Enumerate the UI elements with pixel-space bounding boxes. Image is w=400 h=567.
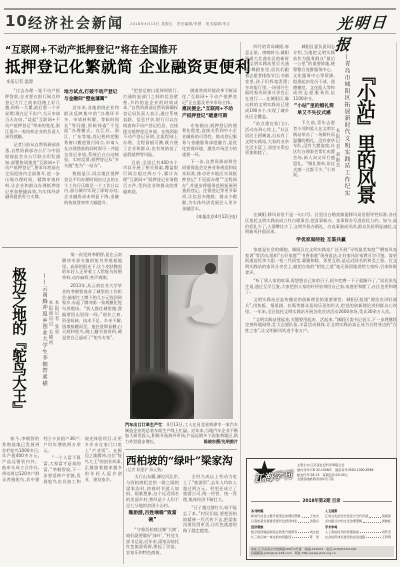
news-photo — [130, 255, 233, 419]
catalog-cell: 以高质量发展建设现代化经济体系 — [251, 519, 297, 523]
photo-caption: 汽车出口订单生产忙 4月13日,工人在河北省黄骅市一家汽车制造企业的总装车间生产… — [125, 422, 238, 445]
body-paragraphs: “过去办理一笔不动产抵押贷款,企业要在银行网点和登记大厅之间来回跑上好几趟,材料… — [5, 88, 60, 200]
catalog-row: 乡村振兴中的文化治理逻辑周晓虹 — [325, 519, 391, 523]
body-paragraphs: 如今,李朝智的养殖基地已发展到存栏鸵鸟1000多只,年产值400多万元,产品远销… — [2, 436, 122, 484]
paragraph: 下一步,自然资源部将会同银保监会完善业务规范和技术标准,推动更多地区实现抵押登记… — [182, 159, 237, 211]
xibaipo-column-2: 全村九成以上劳动力吃上了“旅游饭”,去年人均收入超过两万元。村里还成立了旅游公司… — [183, 474, 237, 564]
vertical-divider-main — [240, 42, 241, 556]
catalog-cell: 陈 雯 — [310, 535, 319, 539]
catalog-cell — [363, 522, 381, 523]
body-paragraphs: 在城阳,移风易俗不是一句口号。区里出台婚丧嫁娶移风易俗倡导性标准,各社区依托文明… — [245, 212, 397, 235]
body-paragraphs: 近年来,各地围绕企业和群众反映集中的“办理环节多、申请材料繁、等候时间长”等问题… — [64, 105, 119, 206]
page-number: 10 — [5, 12, 28, 30]
paragraph: 家庭是社会的细胞。城阳区在文明实践站广泛开展“寻找最美家庭”“晒家风亮家训”等活… — [245, 247, 397, 276]
main-article-headline: 抵押登记化繁就简 企业融资更便利 — [5, 55, 251, 77]
station-article-vertical-byline: 本报记者 刘艳杰 — [334, 128, 340, 208]
paragraph: 全国各地邮局(所)均可订阅 — [297, 477, 392, 482]
catalog-cell — [298, 522, 308, 523]
journal-catalog-left: 本刊特稿新时代社会主要矛盾变化的理论逻辑王伟光以高质量发展建设现代化经济体系洪银… — [251, 508, 319, 544]
body-paragraphs: 四月的青岛城阳,春意正浓。傍晚时分,城阳街道大北曲社区的新时代文明实践站里灯火通… — [245, 44, 289, 156]
xibaipo-headline: 西柏坡的“绿叶”梁家沟 — [126, 453, 233, 468]
newspaper-page: 10 经济社会新闻 2018年4月13日 星期五 责任编辑/李慧 美术编辑/朱江… — [0, 0, 400, 567]
masthead-dateline: 2018年4月13日 星期五 责任编辑/李慧 美术编辑/朱江 — [130, 22, 230, 27]
ostrich-article-column: 第一次见到李朝智,是在云南腾冲市界头镇的鸵鸟养殖基地里。高原的阳光下,这个皮肤黝… — [62, 252, 122, 432]
catalog-row: 人工智能时代的伦理挑战何怀宏 — [325, 530, 391, 534]
paragraph: “把登记窗口延伸到银行,打通的是部门之间的信息壁垒,节约的是企业的时间成本。”自… — [123, 88, 178, 158]
catalog-cell: 乡村振兴中的文化治理逻辑 — [325, 519, 362, 523]
station-article-subheading-2: 学优家庭经验 互鉴共赢 — [245, 238, 397, 245]
main-article-byline: 本报记者 温源 — [6, 79, 33, 85]
catalog-cell — [298, 532, 308, 533]
catalog-cell — [360, 532, 381, 533]
journal-info-lines: 主管主办:江苏省社会科学界联合会国内刊号:CN 32-1006/C 国际刊号:I… — [297, 463, 392, 482]
vertical-divider-bottom — [123, 452, 124, 564]
paragraph: 文明实践站还是传播党的创新理论的重要课堂。城阳区组建“理论宣讲轻骑兵”,用快板、… — [245, 297, 397, 314]
ostrich-article-vertical-headline: 极边之地的『鸵鸟大王』 — [8, 267, 29, 430]
journal-address-lines: 地址:江苏省南京市建邺路168号4号楼 邮编:210004 电话:(025)83… — [251, 547, 392, 556]
catalog-cell: 新时代社会主要矛盾变化的理论逻辑 — [251, 514, 301, 518]
catalog-cell: 人工智能时代的伦理挑战 — [325, 530, 359, 534]
photo-parts-shape — [132, 367, 194, 419]
body-paragraphs: 专家指出,抵押登记的便利化程度,直接关系到中小企业融资的可得性。推动登记服务与金… — [182, 123, 237, 212]
catalog-cell: 周晓虹 — [382, 519, 391, 523]
body-paragraphs: 家庭是社会的细胞。城阳区在文明实践站广泛开展“寻找最美家庭”“晒家风亮家训”等活… — [245, 247, 397, 334]
paragraph: 四月的青岛城阳,春意正浓。傍晚时分,城阳街道大北曲社区的新时代文明实践站里灯火通… — [245, 44, 289, 119]
catalog-row: 长三角区域一体化的协同路径陈 雯 — [251, 535, 319, 539]
masthead-bottom-rule — [4, 33, 396, 34]
body-paragraphs: 太行山东麓,滹沱河北岸,与西柏坡纪念馆一路之隔的梁家沟村,初春时节游人如织。很难… — [126, 474, 179, 509]
paragraph: 专家指出,抵押登记的便利化程度,直接关系到中小企业融资的可得性。推动登记服务与金… — [182, 123, 237, 158]
journal-info: 主管主办:江苏省社会科学界联合会国内刊号:CN 32-1006/C 国际刊号:I… — [297, 463, 392, 482]
ostrich-article-byline-2: 本报通讯员 毛晓初 — [47, 300, 53, 410]
main-article-column-1: “过去办理一笔不动产抵押贷款,企业要在银行网点和登记大厅之间来回跑上好几趟,材料… — [5, 88, 60, 242]
main-article-endnote: (本报北京4月12日电) — [182, 214, 237, 220]
horizontal-divider-1 — [2, 247, 238, 248]
journal-address-bar: 地址:江苏省南京市建邺路168号4号楼 邮编:210004 电话:(025)83… — [249, 546, 394, 557]
paragraph: “文明实践站建起来,关键要用起来、活起来。”城阳区委书记表示,下一步将继续完善阵… — [245, 317, 397, 334]
xibaipo-subheading: 靠旅游,百姓端稳“致富碗” — [126, 511, 179, 524]
horizontal-divider-2 — [125, 449, 237, 450]
catalog-cell: 社会信用体系建设的法治进路 — [325, 535, 365, 539]
paragraph: “守着西柏坡这棵‘大树’,咱们就要做好‘绿叶’。”村党支部书记说,近年来,梁家沟… — [126, 527, 179, 556]
photo-worker-shape — [187, 271, 230, 326]
photo-caption-lead: 汽车出口订单生产忙 — [125, 422, 162, 427]
paragraph: 第一次见到李朝智,是在云南腾冲市界头镇的鸵鸟养殖基地里。高原的阳光下,这个皮肤黝… — [62, 252, 122, 281]
body-paragraphs: 随着营商环境改革不断深化,“互联网+不动产抵押登记”正在惠及更多市场主体。 — [182, 88, 237, 105]
issue-rule-right — [343, 501, 392, 502]
catalog-cell: 江南文化的历史流变与当代价值 — [325, 514, 368, 518]
catalog-cell: 刘志彪 — [310, 530, 319, 534]
catalog-cell: 何怀宏 — [382, 530, 391, 534]
body-paragraphs: 不久前,青年志愿者小刘和爱人在文明实践站举办了一场简朴而温馨的婚礼。没有豪华车队… — [293, 120, 335, 178]
station-article-subheading-1: “小站”里的婚礼简单又不失仪式感 — [293, 104, 335, 117]
main-article-column-4: 随着营商环境改革不断深化,“互联网+不动产抵押登记”正在惠及更多市场主体。 惠民… — [182, 88, 237, 242]
paragraph: 城阳区委负责同志介绍,当地把文明实践站作为服务群众“最后一公里”的重要阵地,统筹… — [293, 44, 335, 102]
paragraph: 全村九成以上劳动力吃上了“旅游饭”,去年人均收入超过两万元。村里还成立了旅游公司… — [183, 474, 237, 503]
journal-catalog-right: 人文视野江南文化的历史流变与当代价值莫砺锋乡村振兴中的文化治理逻辑周晓虹学术争鸣… — [325, 508, 391, 544]
main-article-subheading-2: 惠民便企,“互联网+不动产抵押登记”暖意可期 — [182, 107, 237, 120]
body-paragraphs: “把登记窗口延伸到银行,打通的是部门之间的信息壁垒,节约的是企业的时间成本。”自… — [123, 88, 178, 194]
paragraph: 太行山东麓,滹沱河北岸,与西柏坡纪念馆一路之隔的梁家沟村,初春时节游人如织。很难… — [126, 474, 179, 509]
masthead-top-rule — [4, 8, 396, 10]
body-paragraphs: 城阳区委负责同志介绍,当地把文明实践站作为服务群众“最后一公里”的重要阵地,统筹… — [293, 44, 335, 102]
station-article-column-b: 城阳区委负责同志介绍,当地把文明实践站作为服务群众“最后一公里”的重要阵地,统筹… — [293, 44, 335, 207]
main-article-subheading-1: 地方试点,打破不动产登记与金融间“壁垒藩篱” — [64, 90, 119, 103]
catalog-row: 社会信用体系建设的法治进路王利明 — [325, 535, 391, 539]
station-article-wide-block: 在城阳,移风易俗不是一句口号。区里出台婚丧嫁娶移风易俗倡导性标准,各社区依托文明… — [245, 212, 397, 455]
paragraph: 在城阳,移风易俗不是一句口号。区里出台婚丧嫁娶移风易俗倡导性标准,各社区依托文明… — [245, 212, 397, 235]
catalog-row: 新时代社会主要矛盾变化的理论逻辑王伟光 — [251, 514, 319, 518]
paragraph: “站点建在家门口,活动办到心坎上。”社区居民王阿姨说,自从有了文明实践站,大家的… — [245, 121, 289, 156]
paragraph: “过去办理一笔不动产抵押贷款,企业要在银行网点和登记大厅之间来回跑上好几趟,材料… — [5, 88, 60, 140]
body-paragraphs: 全村九成以上劳动力吃上了“旅游饭”,去年人均收入超过两万元。村里还成立了旅游公司… — [183, 474, 237, 534]
paragraph: 近年来,各地围绕企业和群众反映集中的“办理环节多、申请材料繁、等候时间长”等问题… — [64, 105, 119, 169]
catalog-section: 本刊特稿 — [251, 509, 319, 513]
photo-worker-head-shape — [205, 263, 216, 274]
section-title: 经济社会新闻 — [28, 13, 124, 33]
catalog-section: 经济观察 — [251, 525, 319, 529]
station-article-vertical-subtitle: ——青岛市城阳区拓展新时代文明实践站工作纪实 — [342, 47, 351, 205]
ostrich-article-byline-1: 本报记者 张勇 — [53, 300, 59, 410]
catalog-row: 数字经济赋能制造业转型升级研究刘志彪 — [251, 530, 319, 534]
station-article-vertical-headline: 『小站』里的风景 — [352, 66, 379, 216]
paragraph: 记者日前从自然资源部获悉,自然资源部办公厅与中国银保监会办公厅联合印发通知,部署… — [5, 142, 60, 200]
body-paragraphs: “守着西柏坡这棵‘大树’,咱们就要做好‘绿叶’。”村党支部书记说,近年来,梁家沟… — [126, 527, 179, 556]
journal-issue-line: 2018年第2期 目录 — [251, 498, 392, 504]
catalog-cell: 王利明 — [382, 535, 391, 539]
catalog-row: 以高质量发展建设现代化经济体系洪银兴 — [251, 519, 319, 523]
catalog-cell — [302, 517, 309, 518]
paragraph: 不久前,青年志愿者小刘和爱人在文明实践站举办了一场简朴而温馨的婚礼。没有豪华车队… — [293, 120, 335, 178]
catalog-cell — [292, 537, 309, 538]
catalog-cell — [366, 537, 381, 538]
station-article-column-a: 四月的青岛城阳,春意正浓。傍晚时分,城阳街道大北曲社区的新时代文明实践站里灯火通… — [245, 44, 289, 207]
paragraph: 2013年,从云南农业大学毕业的李朝智放弃了城里的工作机会,揣着打工攒下的几万元… — [62, 283, 122, 341]
journal-logo: 江海学刊 — [253, 467, 292, 485]
xibaipo-column-1: 太行山东麓,滹沱河北岸,与西柏坡纪念馆一路之隔的梁家沟村,初春时节游人如织。很难… — [126, 474, 179, 564]
body-paragraphs: 第一次见到李朝智,是在云南腾冲市界头镇的鸵鸟养殖基地里。高原的阳光下,这个皮肤黝… — [62, 252, 122, 341]
paragraph: 随着营商环境改革不断深化,“互联网+不动产抵押登记”正在惠及更多市场主体。 — [182, 88, 237, 105]
catalog-cell — [369, 517, 380, 518]
photo-credit: 陈晓东摄/光明图片 — [204, 439, 238, 445]
xibaipo-byline: (记者 耿建扩 陈元秋) — [126, 467, 163, 473]
issue-rule-left — [251, 501, 300, 502]
paragraph: 投稿邮箱:jhxk@vip.163.com 网址:http://www.jhxk… — [251, 551, 392, 556]
journal-ad-box: ★ 江海学刊 主管主办:江苏省社会科学界联合会国内刊号:CN 32-1006/C… — [246, 458, 397, 560]
issue-text: 2018年第2期 目录 — [303, 498, 341, 504]
catalog-section: 学术争鸣 — [325, 525, 391, 529]
main-article-column-3: “把登记窗口延伸到银行,打通的是部门之间的信息壁垒,节约的是企业的时间成本。”自… — [123, 88, 178, 242]
catalog-cell: 数字经济赋能制造业转型升级研究 — [251, 530, 297, 534]
paragraph: “日子越过越红火,咱不能忘了本。”村民们说,要把西柏坡精神一代代传下去,把梁家沟… — [183, 505, 237, 534]
catalog-cell: 洪银兴 — [310, 519, 319, 523]
main-article-column-2: 地方试点,打破不动产登记与金融间“壁垒藩篱” 近年来,各地围绕企业和群众反映集中… — [64, 88, 119, 242]
catalog-cell: 长三角区域一体化的协同路径 — [251, 535, 291, 539]
paragraph: 数据显示,试点地区抵押登记平均办理时间由过去的五个工作日压缩至一个工作日以内,部… — [64, 171, 119, 206]
main-article-kicker: “互联网+不动产抵押登记”将在全国推开 — [5, 42, 177, 56]
paragraph: “听了别人家的故事,再想想自己家的日子,很多疙瘩一下子就解开了。”居民张先生说,… — [245, 278, 397, 295]
paragraph: 目前,全国已有400多个市县开展了相关探索,覆盖银行网点超过两万个,累计办理“互… — [123, 160, 178, 195]
ostrich-article-bottom-columns: 如今,李朝智的养殖基地已发展到存栏鸵鸟1000多只,年产值400多万元,产品远销… — [2, 436, 122, 564]
